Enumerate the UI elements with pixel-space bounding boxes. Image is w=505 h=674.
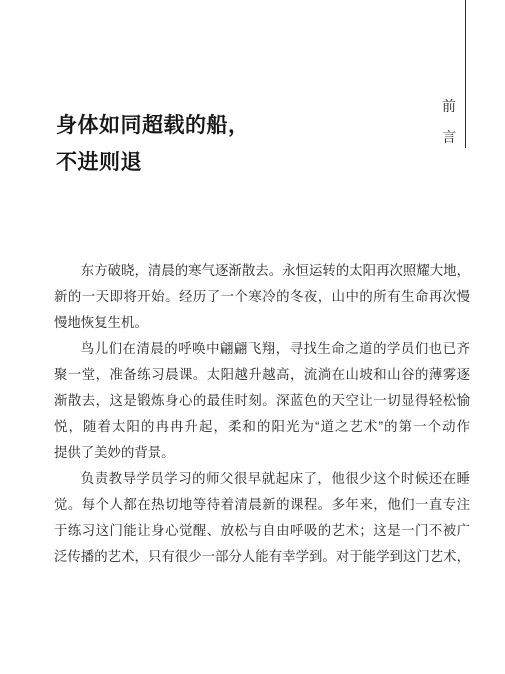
page-title-line-1: 身体如同超载的船， — [56, 107, 250, 144]
body-line: 聚一堂，准备练习晨课。太阳越升越高，流淌在山坡和山谷的薄雾逐 — [54, 362, 470, 388]
body-line: 慢地恢复生机。 — [54, 310, 470, 336]
body-line: 渐散去，这是锻炼身心的最佳时刻。深蓝色的天空让一切显得轻松愉 — [54, 388, 470, 414]
page-title: 身体如同超载的船， 不进则退 — [56, 107, 250, 181]
preface-margin-label: 前 言 — [440, 99, 458, 145]
body-line: 东方破晓，清晨的寒气逐渐散去。永恒运转的太阳再次照耀大地， — [54, 258, 470, 284]
preface-label-char-1: 前 — [440, 99, 458, 114]
margin-divider-rule — [465, 0, 466, 148]
body-line: 提供了美妙的背景。 — [54, 440, 470, 466]
body-line: 泛传播的艺术，只有很少一部分人能有幸学到。对于能学到这门艺术， — [54, 544, 470, 570]
page-title-line-2: 不进则退 — [56, 144, 250, 181]
body-line: 新的一天即将开始。经历了一个寒冷的冬夜，山中的所有生命再次慢 — [54, 284, 470, 310]
body-line: 于练习这门能让身心觉醒、放松与自由呼吸的艺术；这是一门不被广 — [54, 518, 470, 544]
book-page: 前 言 身体如同超载的船， 不进则退 东方破晓，清晨的寒气逐渐散去。永恒运转的太… — [0, 0, 505, 674]
preface-label-char-2: 言 — [440, 130, 458, 145]
body-text: 东方破晓，清晨的寒气逐渐散去。永恒运转的太阳再次照耀大地，新的一天即将开始。经历… — [54, 258, 470, 570]
body-line: 负责教导学员学习的师父很早就起床了，他很少这个时候还在睡 — [54, 466, 470, 492]
body-line: 悦，随着太阳的冉冉升起，柔和的阳光为“道之艺术”的第一个动作 — [54, 414, 470, 440]
body-line: 鸟儿们在清晨的呼唤中翩翩飞翔，寻找生命之道的学员们也已齐 — [54, 336, 470, 362]
body-line: 觉。每个人都在热切地等待着清晨新的课程。多年来，他们一直专注 — [54, 492, 470, 518]
